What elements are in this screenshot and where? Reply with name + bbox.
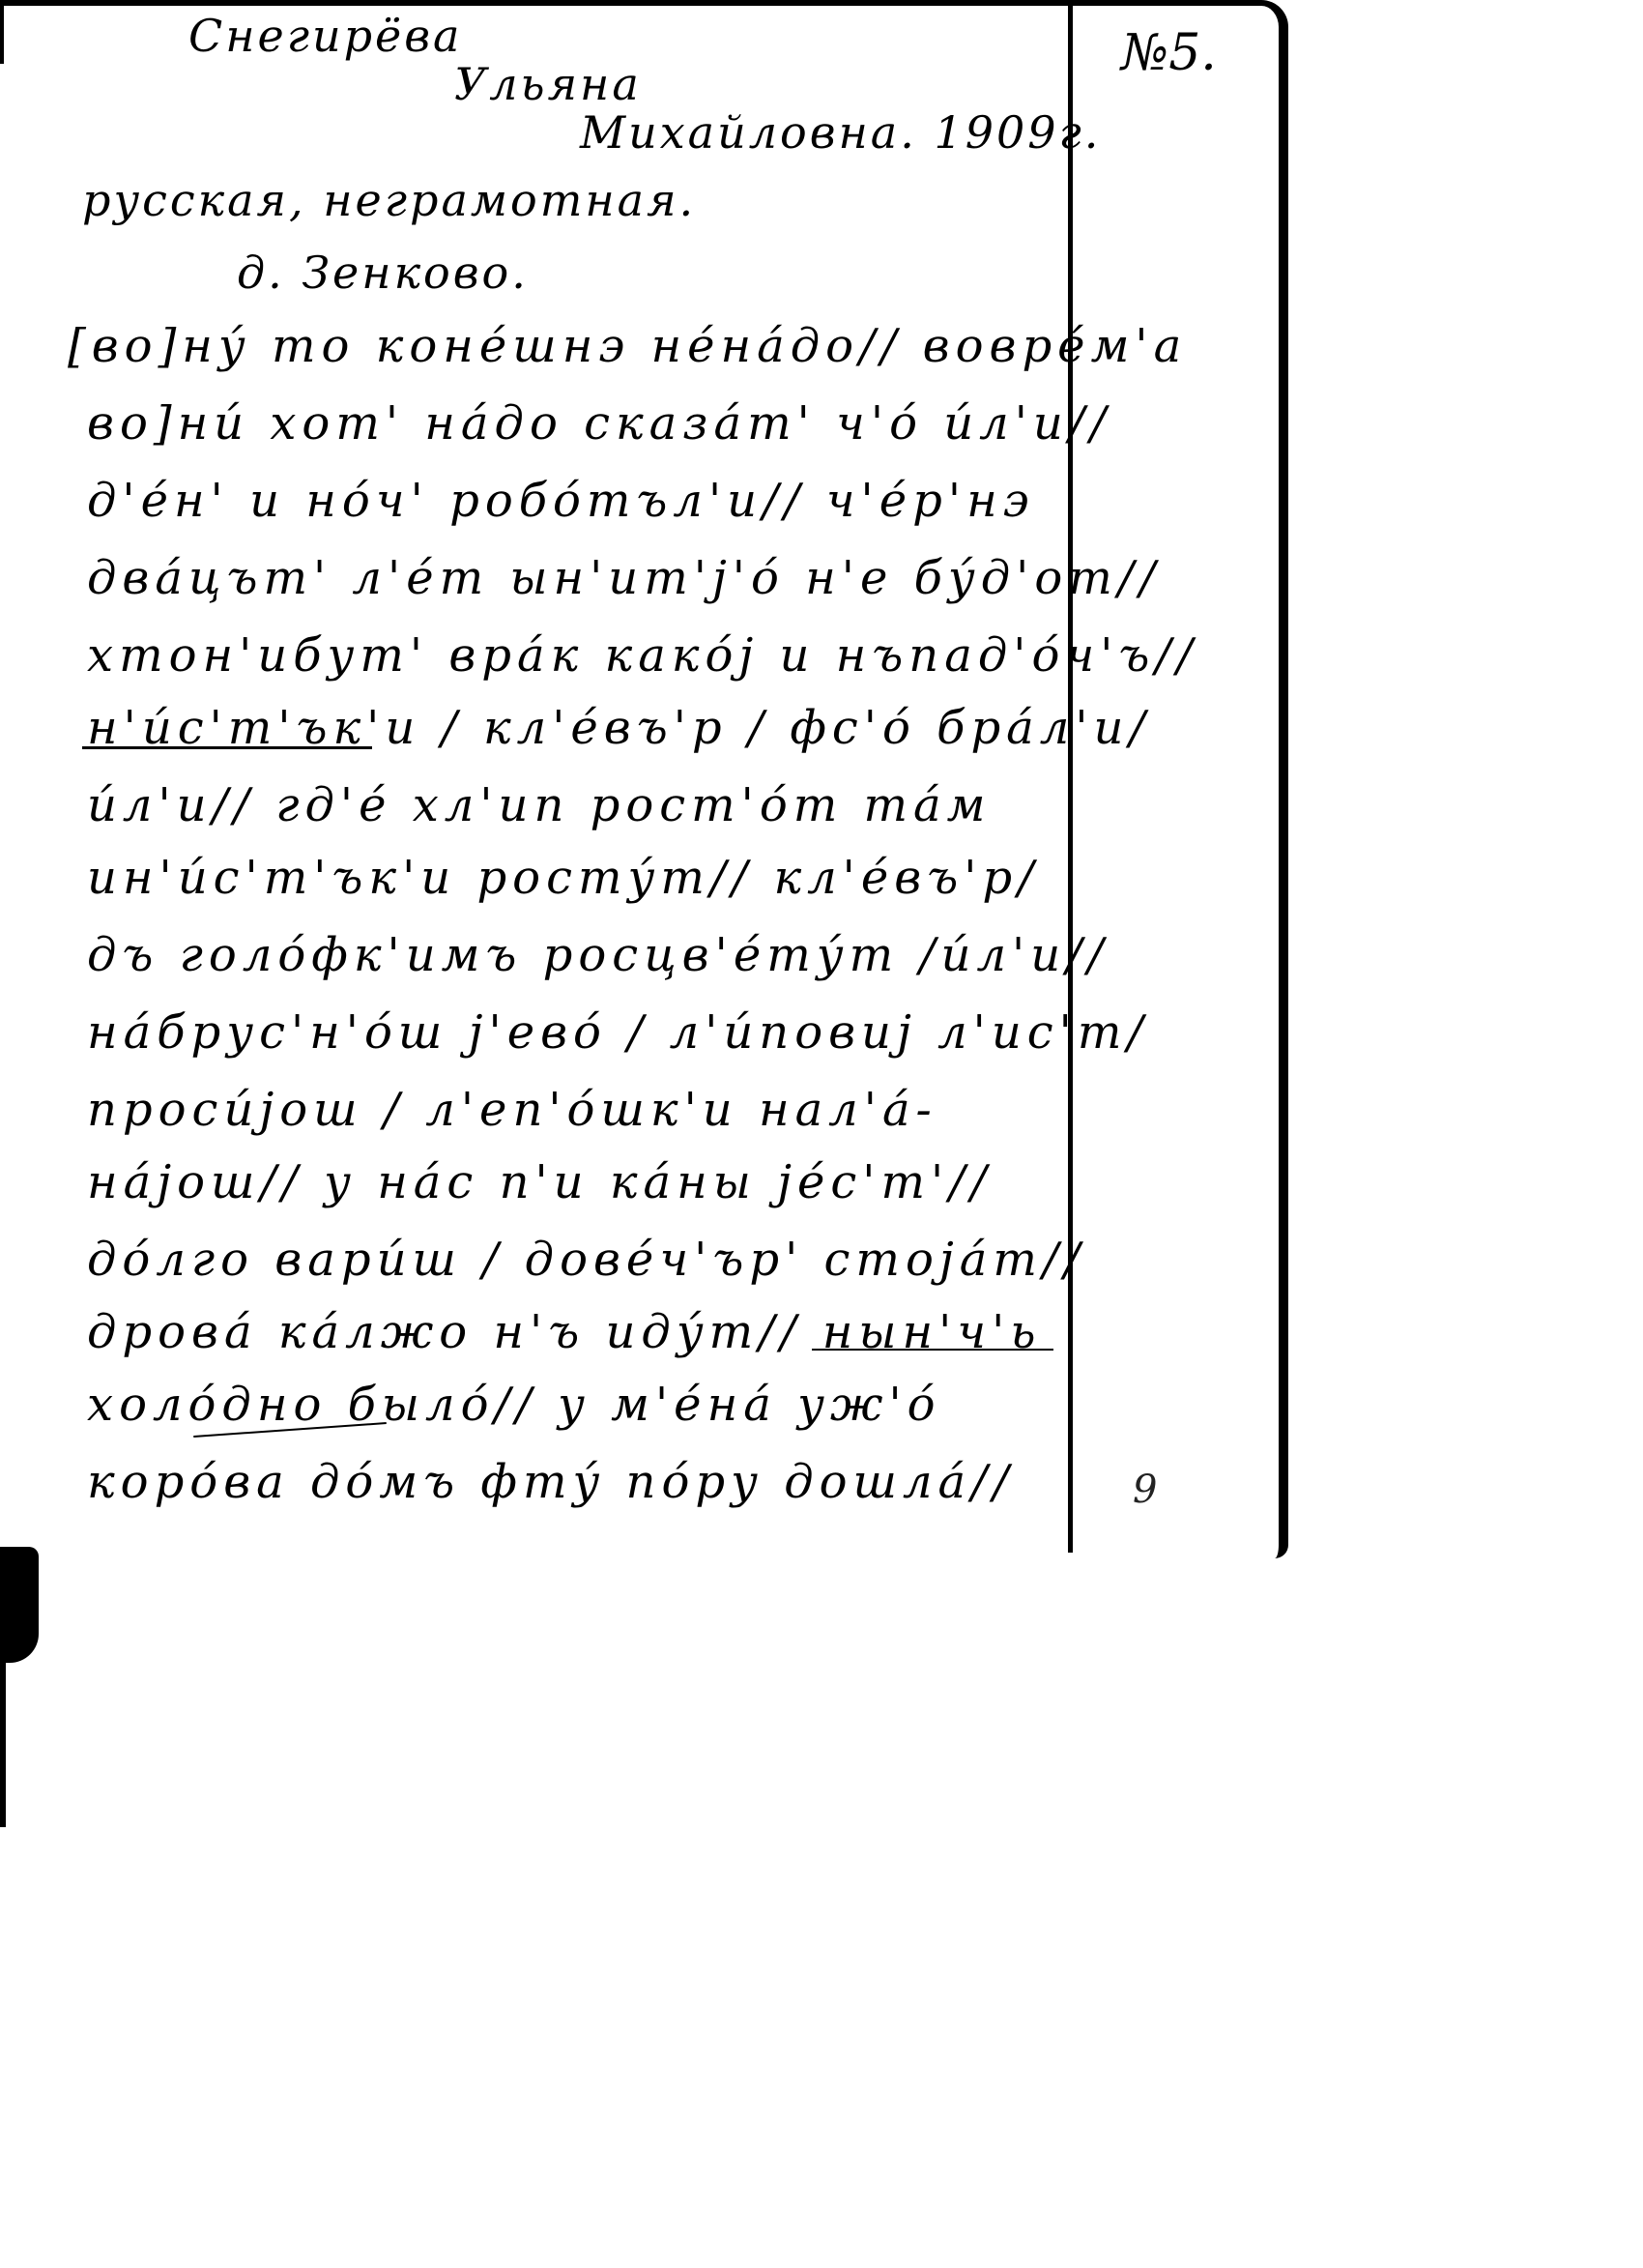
- transcript-line: холо́дно было́// у м'е́на́ уж'о́: [87, 1378, 941, 1432]
- page-mark: 9: [1133, 1468, 1157, 1512]
- transcript-line: дъ голо́фк'имъ росцв'е́ту́т /и́л'и//: [87, 928, 1109, 982]
- transcript-line: коро́ва до́мъ фту́ по́ру дошла́//: [87, 1455, 1015, 1509]
- underline-mark: [82, 746, 372, 749]
- transcript-line: проси́још / л'еп'о́шк'и нал'а́-: [87, 1083, 937, 1137]
- transcript-line: до́лго вари́ш / дове́ч'ър' стоја́т//: [87, 1233, 1085, 1287]
- transcript-line: во]ни́ хот' на́до сказа́т' ч'о́ и́л'и//: [87, 396, 1111, 451]
- village-name: д. Зенково.: [237, 247, 529, 299]
- scan-artifact: [0, 1643, 6, 1827]
- transcript-line: хтон'ибут' вра́к како́ј и нъпад'о́ч'ъ//: [87, 628, 1198, 683]
- informant-surname: Снегирёва: [188, 10, 462, 62]
- card-left-edge: [0, 6, 4, 64]
- margin-divider-line: [1068, 6, 1073, 1553]
- underline-mark: [812, 1349, 1053, 1351]
- transcript-line: на́брус'н'о́ш ј'ево́ / л'и́повиј л'ис'т/: [87, 1005, 1149, 1060]
- card-number: №5.: [1121, 24, 1217, 82]
- transcript-line: дрова́ ка́лжо н'ъ иду́т// нын'ч'ь: [87, 1305, 1042, 1359]
- transcript-line: два́цът' л'е́т ын'ит'ј'о́ н'е бу́д'от//: [87, 551, 1161, 605]
- informant-info: русская, неграмотная.: [82, 174, 696, 226]
- transcript-line: д'е́н' и но́ч' робо́тъл'и// ч'е́р'нэ: [87, 474, 1035, 528]
- informant-patronymic-year: Михайловна. 1909г.: [580, 106, 1101, 159]
- transcript-line: ин'и́с'т'ък'и росту́т// кл'е́въ'р/: [87, 851, 1039, 905]
- transcript-line: и́л'и// гд'е́ хл'ип рост'о́т та́м: [87, 778, 991, 832]
- scan-artifact: [0, 1547, 39, 1663]
- transcript-line: [во]ну́ то коне́шнэ не́на́до// вовре́м'а: [68, 319, 1187, 373]
- transcript-line: на́још// у на́с п'и ка́ны је́с'т'//: [87, 1155, 993, 1209]
- informant-first-name: Ульяна: [454, 58, 642, 110]
